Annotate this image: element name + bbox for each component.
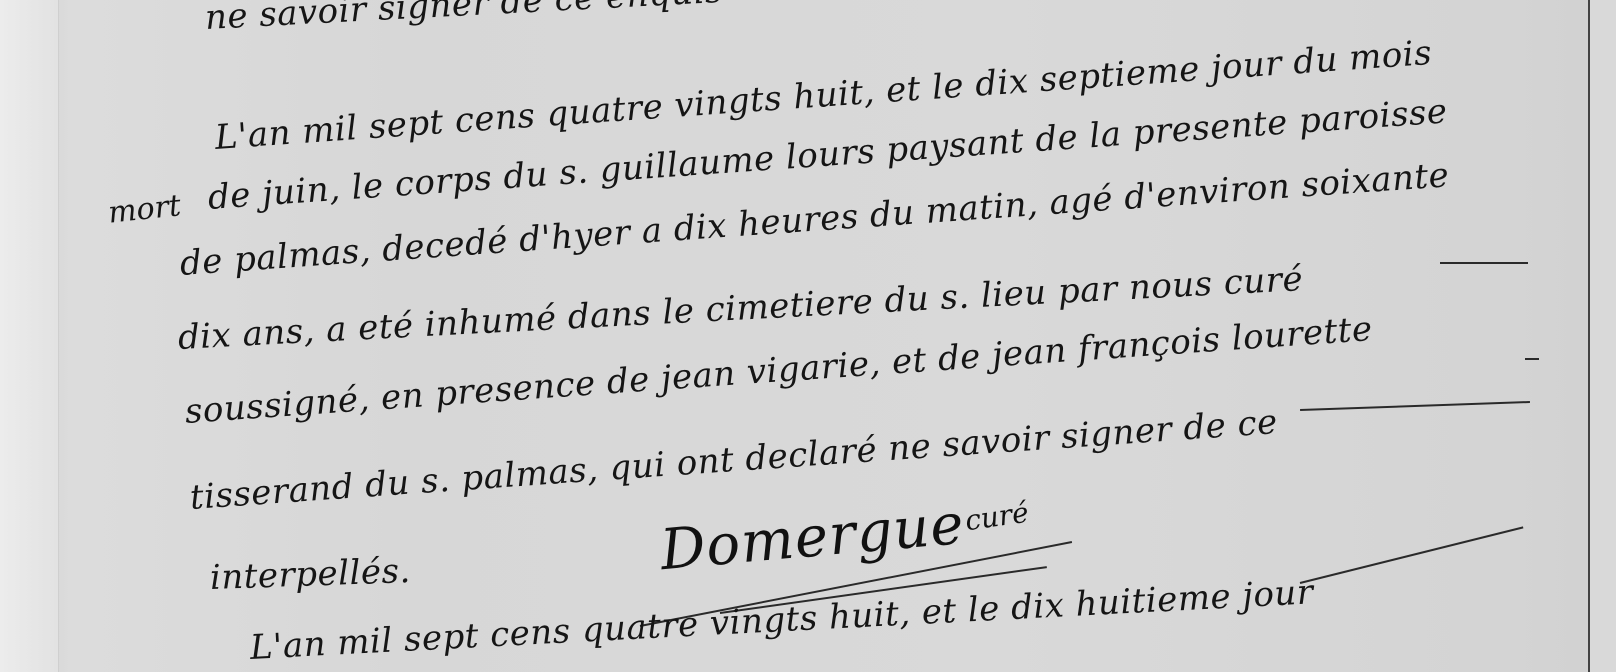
line-filler-stroke [1300, 526, 1524, 584]
line-filler-dash [1440, 262, 1528, 264]
manuscript-page: ne savoir signer de ce enquis L'an mil s… [0, 0, 1616, 672]
line-filler-dash [1300, 401, 1530, 411]
signature-title-cure: curé [963, 496, 1031, 538]
handwritten-line-7: interpellés. [209, 551, 411, 598]
right-margin [1590, 0, 1616, 672]
margin-note-mort: mort [106, 188, 182, 230]
line-filler-dash [1525, 358, 1539, 360]
handwritten-line-0: ne savoir signer de ce enquis [204, 0, 724, 38]
page-left-edge [0, 0, 59, 672]
